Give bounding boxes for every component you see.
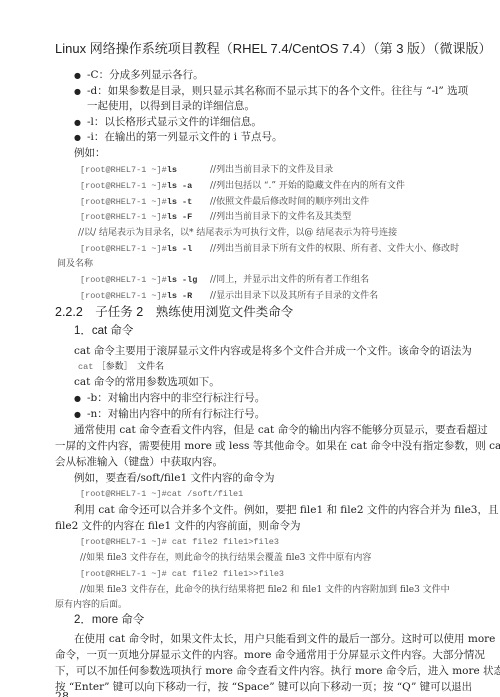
paragraph: 在使用 cat 命令时，如果文件太长，用户只能看到文件的最后一部分。这时可以使用… (74, 633, 495, 646)
paragraph: file2 文件的内容在 file1 文件的内容前面，则命令为 (55, 520, 301, 533)
code-comment: //以/ 结尾表示为目录名，以* 结尾表示为可执行文件，以@ 结尾表示为符号连接 (78, 227, 397, 240)
code-line: [root@RHEL7-1 ~]#ls (80, 164, 177, 177)
paragraph: 会从标准输入（键盘）中获取内容。 (55, 456, 223, 469)
paragraph: 通常使用 cat 命令查看文件内容，但是 cat 命令的输出内容不能够分页显示，… (74, 424, 488, 437)
cat-heading: 1．cat 命令 (74, 325, 133, 338)
code-comment: //如果 file3 文件存在，则此命令的执行结果会覆盖 file3 文件中原有… (80, 552, 371, 565)
code-comment: //列出当前目录下的文件及目录 (210, 164, 333, 177)
option-i: -i：在输出的第一列显示文件的 i 节点号。 (87, 131, 282, 144)
example-label: 例如： (74, 147, 106, 160)
more-heading: 2．more 命令 (74, 614, 144, 627)
code-line: [root@RHEL7-1 ~]# cat file2 file1>file3 (80, 536, 279, 549)
paragraph: cat 命令的常用参数选项如下。 (74, 376, 220, 389)
code-comment: //依照文件最后修改时间的顺序列出文件 (210, 196, 369, 209)
code-comment: 原有内容的后面。 (55, 599, 127, 612)
code-comment: //显示出目录下以及其所有子目录的文件名 (210, 290, 378, 303)
section-heading: 2.2.2 子任务 2 熟练使用浏览文件类命令 (55, 306, 293, 319)
code-comment: //同上，并显示出文件的所有者工作组名 (210, 274, 369, 287)
paragraph: 命令，一页一页地分屏显示文件的内容。more 命令通常用于分屏显示文件内容。大部… (55, 649, 485, 662)
paragraph: 利用 cat 命令还可以合并多个文件。例如，要把 file1 和 file2 文… (74, 504, 499, 517)
code-comment: //列出当前目录下所有文件的权限、所有者、文件大小、修改时 (210, 243, 459, 256)
option-n: -n：对输出内容中的所有行标注行号。 (87, 408, 265, 421)
code-comment: //列出当前目录下的文件名及其类型 (210, 211, 351, 224)
paragraph: 一屏的文件内容，需要使用 more 或 less 等其他命令。如果在 cat 命… (55, 440, 500, 453)
page-number: 28 (55, 690, 69, 697)
code-line: [root@RHEL7-1 ~]#ls -F (80, 211, 192, 224)
code-line: [root@RHEL7-1 ~]#ls -a (80, 180, 192, 193)
code-line: [root@RHEL7-1 ~]#ls -R (80, 290, 192, 303)
syntax-line: cat ［参数］ 文件名 (78, 360, 164, 374)
code-line: [root@RHEL7-1 ~]#ls -t (80, 196, 192, 209)
option-C: -C：分成多列显示各行。 (87, 69, 204, 82)
option-d-cont: 一起使用，以得到目录的详细信息。 (87, 100, 255, 113)
running-header: Linux 网络操作系统项目教程（RHEL 7.4/CentOS 7.4）（第 … (55, 38, 492, 57)
code-line: [root@RHEL7-1 ~]#ls -lg (80, 274, 197, 287)
code-comment: 间及名称 (57, 258, 93, 271)
option-b: -b：对输出内容中的非空行标注行号。 (87, 392, 265, 405)
code-line: [root@RHEL7-1 ~]#ls -l (80, 243, 192, 256)
paragraph: 下，可以不加任何参数选项执行 more 命令查看文件内容。执行 more 命令后… (55, 665, 500, 678)
code-line: [root@RHEL7-1 ~]# cat file2 file1>>file3 (80, 568, 284, 581)
paragraph: 例如，要查看/soft/file1 文件内容的命令为 (74, 472, 274, 485)
code-comment: //如果 file3 文件存在，此命令的执行结果将把 file2 和 file1… (80, 584, 450, 597)
option-l: -l：以长格形式显示文件的详细信息。 (87, 116, 262, 129)
code-line: [root@RHEL7-1 ~]#cat /soft/file1 (80, 488, 243, 501)
option-d: -d：如果参数是目录，则只显示其名称而不显示其下的各个文件。往往与 “-l” 选… (87, 85, 468, 98)
paragraph: 按 “Enter” 键可以向下移动一行，按 “Space” 键可以向下移动一页；… (55, 681, 472, 694)
code-comment: //列出包括以 “.” 开始的隐藏文件在内的所有文件 (210, 180, 405, 193)
paragraph: cat 命令主要用于滚屏显示文件内容或是将多个文件合并成一个文件。该命令的语法为 (74, 345, 472, 358)
